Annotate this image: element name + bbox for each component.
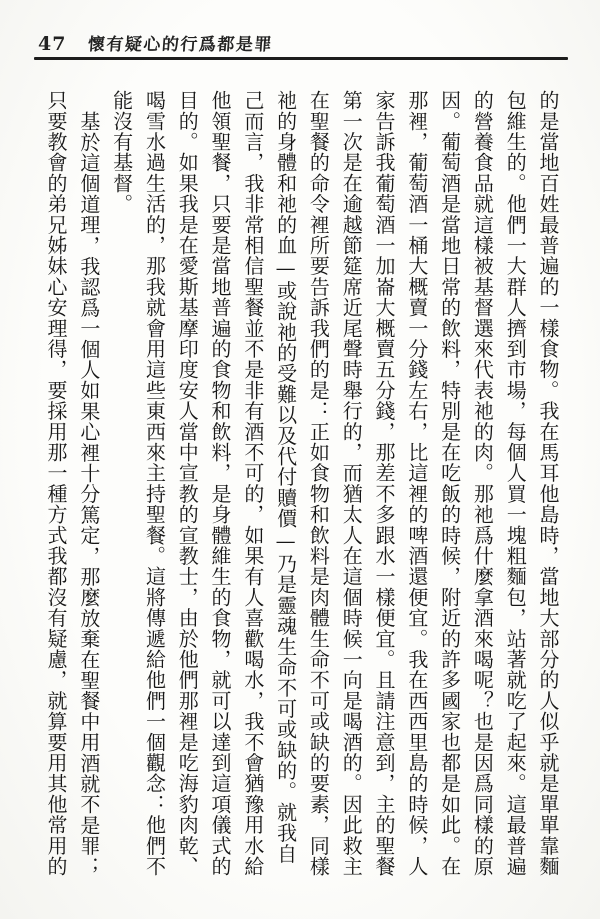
page-header: 47 懷有疑心的行爲都是罪 bbox=[38, 30, 568, 55]
book-page: 47 懷有疑心的行爲都是罪 的是當地百姓最普遍的一樣食物。我在馬耳他島時，當地大… bbox=[0, 0, 600, 919]
running-title: 懷有疑心的行爲都是罪 bbox=[88, 30, 275, 55]
paragraph-1: 的是當地百姓最普遍的一樣食物。我在馬耳他島時，當地大部分的人似乎就是單單靠麵包維… bbox=[105, 90, 564, 882]
header-rule bbox=[34, 57, 568, 60]
paragraph-2: 基於這個道理，我認爲一個人如果心裡十分篤定，那麼放棄在聖餐中用酒就不是罪；只要教… bbox=[39, 90, 105, 882]
body-text: 的是當地百姓最普遍的一樣食物。我在馬耳他島時，當地大部分的人似乎就是單單靠麵包維… bbox=[38, 90, 564, 882]
page-number: 47 bbox=[38, 33, 66, 55]
